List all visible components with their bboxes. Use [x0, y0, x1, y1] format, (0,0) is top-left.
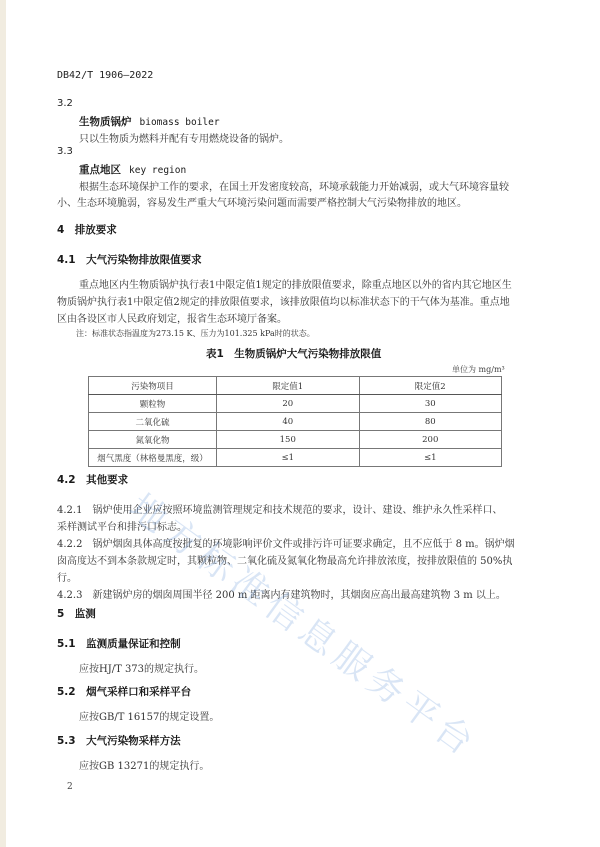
- table-cell: 20: [217, 395, 359, 413]
- table-cell: 氮氧化物: [89, 431, 217, 449]
- term-definition: 只以生物质为燃料并配有专用燃烧设备的锅炉。: [79, 130, 289, 145]
- section-heading-5-3: 5.3 大气污染物采样方法: [57, 733, 181, 748]
- table-cell: 80: [359, 413, 502, 431]
- paragraph: 应按GB 13271的规定执行。: [79, 757, 209, 772]
- table-caption: 表1 生物质锅炉大气污染物排放限值: [206, 346, 381, 361]
- paragraph: 应按GB/T 16157的规定设置。: [79, 708, 219, 723]
- column-header: 限定值1: [217, 377, 359, 395]
- table-unit: 单位为 mg/m³: [452, 364, 505, 375]
- paragraph-line: 小、生态环境脆弱，容易发生严重大气环境污染问题而需要严格控制大气污染物排放的地区…: [57, 194, 467, 209]
- section-heading-5: 5 监测: [57, 606, 96, 621]
- paragraph-line: 物质锅炉执行表1中限定值2规定的排放限值要求，该排放限值均以标准状态下的干气体为…: [57, 293, 510, 308]
- table-row: 烟气黑度（林格曼黑度，级） ≤1 ≤1: [89, 449, 502, 467]
- column-header: 限定值2: [359, 377, 502, 395]
- table-cell: 烟气黑度（林格曼黑度，级）: [89, 449, 217, 467]
- table-cell: ≤1: [217, 449, 359, 467]
- section-number-3-2: 3.2: [57, 98, 73, 109]
- paragraph-line: 囱高度达不到本条款规定时，其颗粒物、二氧化硫及氮氧化物最高允许排放浓度，按排放限…: [57, 552, 512, 567]
- table-header-row: 污染物项目 限定值1 限定值2: [89, 377, 502, 395]
- paragraph-line: 重点地区内生物质锅炉执行表1中限定值1规定的排放限值要求，除重点地区以外的省内其…: [79, 276, 512, 291]
- table-cell: 颗粒物: [89, 395, 217, 413]
- paragraph-line: 根据生态环境保护工作的要求，在国土开发密度较高，环境承载能力开始减弱，或大气环境…: [79, 178, 509, 193]
- clause-4-2-1: 4.2.1 锅炉使用企业应按照环境监测管理规定和技术规范的要求，设计、建设、维护…: [57, 501, 502, 516]
- paragraph: 应按HJ/T 373的规定执行。: [79, 660, 204, 675]
- note: 注：标准状态指温度为273.15 K、压力为101.325 kPa时的状态。: [76, 328, 315, 339]
- section-heading-5-2: 5.2 烟气采样口和采样平台: [57, 684, 191, 699]
- section-heading-4: 4 排放要求: [57, 222, 117, 237]
- section-number-3-3: 3.3: [57, 146, 73, 157]
- column-header: 污染物项目: [89, 377, 217, 395]
- emission-limits-table: 污染物项目 限定值1 限定值2 颗粒物 20 30 二氧化硫 40 80 氮氧化…: [88, 376, 502, 467]
- section-heading-4-1: 4.1 大气污染物排放限值要求: [57, 252, 202, 267]
- page-number: 2: [67, 782, 73, 792]
- clause-4-2-3: 4.2.3 新建锅炉房的烟囱周围半径 200 m 距离内有建筑物时，其烟囱应高出…: [57, 586, 506, 601]
- section-heading-4-2: 4.2 其他要求: [57, 472, 128, 487]
- term-zh: 生物质锅炉: [79, 116, 132, 128]
- table-row: 二氧化硫 40 80: [89, 413, 502, 431]
- table-row: 氮氧化物 150 200: [89, 431, 502, 449]
- paragraph-line: 采样测试平台和排污口标志。: [57, 518, 187, 533]
- term-en: key region: [129, 165, 186, 176]
- table-cell: ≤1: [359, 449, 502, 467]
- table-row: 颗粒物 20 30: [89, 395, 502, 413]
- section-heading-5-1: 5.1 监测质量保证和控制: [57, 636, 181, 651]
- term-en: biomass boiler: [140, 117, 220, 128]
- clause-4-2-2: 4.2.2 锅炉烟囱具体高度按批复的环境影响评价文件或排污许可证要求确定，且不应…: [57, 535, 515, 550]
- table-cell: 200: [359, 431, 502, 449]
- term-heading-biomass-boiler: 生物质锅炉biomass boiler: [79, 114, 220, 129]
- table-cell: 二氧化硫: [89, 413, 217, 431]
- document-code: DB42/T 1906—2022: [57, 70, 153, 81]
- term-zh: 重点地区: [79, 164, 121, 176]
- table-cell: 40: [217, 413, 359, 431]
- page-edge: [0, 0, 6, 847]
- paragraph-line: 行。: [57, 569, 77, 584]
- table-cell: 30: [359, 395, 502, 413]
- table-cell: 150: [217, 431, 359, 449]
- term-heading-key-region: 重点地区key region: [79, 162, 186, 177]
- paragraph-line: 区由各设区市人民政府划定，报省生态环境厅备案。: [57, 310, 287, 325]
